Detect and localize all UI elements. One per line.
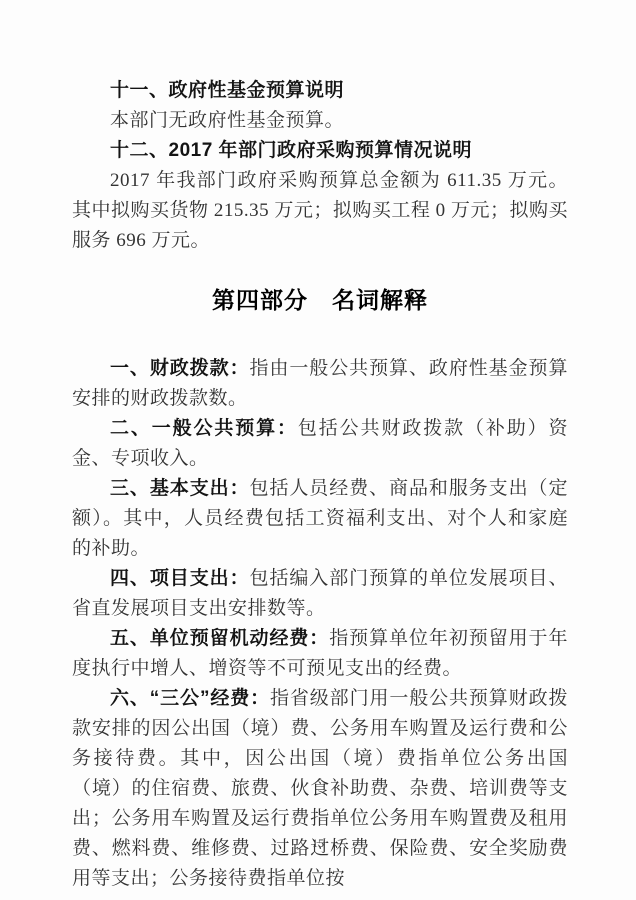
part-title: 第四部分 名词解释 [72, 284, 568, 318]
page-number: 15 [0, 836, 636, 851]
definition-term: 四、项目支出： [110, 568, 250, 589]
definition-item: 一、财政拨款：指由一般公共预算、政府性基金预算安排的财政拨款数。 [72, 354, 568, 414]
page-content: 十一、政府性基金预算说明 本部门无政府性基金预算。 十二、2017 年部门政府采… [0, 0, 636, 894]
definition-term: 一、财政拨款： [110, 358, 250, 379]
section-paragraph-12: 2017 年我部门政府采购预算总金额为 611.35 万元。其中拟购买货物 21… [72, 166, 568, 256]
definition-item: 五、单位预留机动经费：指预算单位年初预留用于年度执行中增人、增资等不可预见支出的… [72, 624, 568, 684]
section-heading-12: 十二、2017 年部门政府采购预算情况说明 [72, 136, 568, 166]
document-page: 十一、政府性基金预算说明 本部门无政府性基金预算。 十二、2017 年部门政府采… [0, 0, 636, 900]
section-paragraph-11: 本部门无政府性基金预算。 [72, 106, 568, 136]
definition-term: 五、单位预留机动经费： [110, 628, 329, 649]
definition-item: 六、“三公”经费：指省级部门用一般公共预算财政拨款安排的因公出国（境）费、公务用… [72, 684, 568, 894]
definition-desc: 指省级部门用一般公共预算财政拨款安排的因公出国（境）费、公务用车购置及运行费和公… [72, 688, 568, 889]
definition-item: 三、基本支出：包括人员经费、商品和服务支出（定额）。其中，人员经费包括工资福利支… [72, 474, 568, 564]
definition-term: 二、一般公共预算： [110, 418, 298, 439]
definition-item: 二、一般公共预算：包括公共财政拨款（补助）资金、专项收入。 [72, 414, 568, 474]
definition-term: 三、基本支出： [110, 478, 250, 499]
section-heading-11: 十一、政府性基金预算说明 [72, 76, 568, 106]
definition-term: 六、“三公”经费： [110, 688, 270, 709]
definition-item: 四、项目支出：包括编入部门预算的单位发展项目、省直发展项目支出安排数等。 [72, 564, 568, 624]
